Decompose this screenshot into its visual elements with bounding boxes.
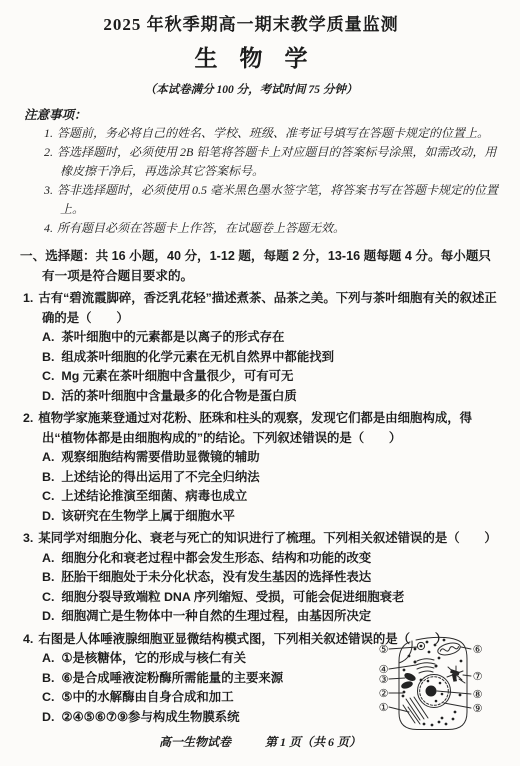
label-7: ⑦	[473, 670, 483, 683]
label-6: ⑥	[473, 643, 483, 656]
notice-text: 所有题目必须在答题卡上作答，在试题卷上答题无效。	[57, 221, 345, 235]
question-3: 3.某同学对细胞分化、衰老与死亡的知识进行了梳理。下列相关叙述错误的是（ ） A…	[0, 529, 502, 627]
nucleus	[418, 675, 451, 708]
option-c: C.Mg 元素在茶叶细胞中含量很少，可有可无	[0, 367, 502, 387]
centriole	[447, 666, 465, 683]
notice-item: 1.答题前，务必将自己的姓名、学校、班级、准考证号填写在答题卡规定的位置上。	[0, 124, 502, 143]
option-letter: C.	[42, 369, 54, 383]
option-letter: A.	[42, 330, 54, 344]
option-text: 该研究在生物学上属于细胞水平	[61, 509, 234, 523]
option-text: 胚胎干细胞处于未分化状态，没有发生基因的选择性表达	[61, 570, 371, 584]
option-letter: C.	[42, 590, 54, 604]
mitochondrion	[437, 641, 462, 657]
question-stem: 2.植物学家施莱登通过对花粉、胚珠和柱头的观察，发现它们都是由细胞构成，得出“植…	[0, 409, 502, 448]
notice-text: 答非选择题时，必须使用 0.5 毫米黑色墨水签字笔，将答案书写在答题卡规定的位置…	[57, 183, 498, 216]
section-heading: 一、选择题：共 16 小题，40 分，1-12 题，每题 2 分，13-16 题…	[0, 247, 502, 286]
question-number: 2.	[23, 411, 33, 425]
option-text: 组成茶叶细胞的化学元素在无机自然界中都能找到	[61, 350, 334, 364]
option-text: 茶叶细胞中的元素都是以离子的形式存在	[61, 330, 284, 344]
question-number: 4.	[23, 632, 33, 646]
option-text: ⑥是合成唾液淀粉酶所需能量的主要来源	[61, 671, 283, 685]
subam-subject-title: 生物学	[0, 44, 502, 72]
option-letter: A.	[42, 450, 54, 464]
notice-number: 1.	[44, 126, 53, 140]
question-stem: 1.古有“碧流霞脚碎，香泛乳花轻”描述煮茶、品茶之美。下列与茶叶细胞有关的叙述正…	[0, 289, 502, 328]
option-text: Mg 元素在茶叶细胞中含量很少，可有可无	[61, 369, 293, 383]
option-a: A.茶叶细胞中的元素都是以离子的形式存在	[0, 328, 502, 348]
option-letter: D.	[42, 509, 54, 523]
question-1: 1.古有“碧流霞脚碎，香泛乳花轻”描述煮茶、品茶之美。下列与茶叶细胞有关的叙述正…	[0, 289, 502, 406]
nucleolus	[426, 686, 436, 696]
option-text: 活的茶叶细胞中含量最多的化合物是蛋白质	[61, 389, 296, 403]
label-5: ⑤	[379, 643, 389, 656]
notice-list: 1.答题前，务必将自己的姓名、学校、班级、准考证号填写在答题卡规定的位置上。 2…	[0, 124, 502, 238]
option-text: 细胞凋亡是生物体中一种自然的生理过程，由基因所决定	[61, 609, 371, 623]
option-text: ②④⑤⑥⑦⑨参与构成生物膜系统	[61, 710, 239, 724]
option-a: A.观察细胞结构需要借助显微镜的辅助	[0, 448, 502, 468]
exam-meta-line: （本试卷满分 100 分，考试时间 75 分钟）	[0, 82, 502, 98]
notice-label: 注意事项：	[24, 106, 502, 124]
dark-organelle	[404, 672, 416, 682]
option-b: B.胚胎干细胞处于未分化状态，没有发生基因的选择性表达	[0, 568, 502, 588]
exam-page: 2025 年秋季期高一期末教学质量监测 生物学 （本试卷满分 100 分，考试时…	[0, 0, 520, 766]
notice-text: 答选择题时，必须使用 2B 铅笔将答题卡上对应题目的答案标号涂黑，如需改动，用橡…	[57, 145, 496, 178]
option-d: D.细胞凋亡是生物体中一种自然的生理过程，由基因所决定	[0, 607, 502, 627]
option-letter: B.	[42, 350, 54, 364]
footer-page-number: 第 1 页（共 6 页）	[265, 735, 361, 749]
option-text: 细胞分裂导致端粒 DNA 序列缩短、受损，可能会促进细胞衰老	[61, 590, 404, 604]
footer-paper-name: 高一生物试卷	[159, 735, 231, 749]
label-2: ②	[379, 687, 389, 700]
notice-number: 3.	[44, 183, 53, 197]
option-c: C.细胞分裂导致端粒 DNA 序列缩短、受损，可能会促进细胞衰老	[0, 588, 502, 608]
option-letter: D.	[42, 710, 54, 724]
notice-item: 3.答非选择题时，必须使用 0.5 毫米黑色墨水签字笔，将答案书写在答题卡规定的…	[0, 181, 502, 219]
question-number: 1.	[23, 291, 33, 305]
question-text: 某同学对细胞分化、衰老与死亡的知识进行了梳理。下列相关叙述错误的是（ ）	[38, 531, 496, 545]
option-text: ⑤中的水解酶由自身合成和加工	[61, 690, 233, 704]
dark-organelle	[401, 681, 413, 690]
notice-number: 2.	[44, 145, 53, 159]
notice-item: 4.所有题目必须在答题卡上作答，在试题卷上答题无效。	[0, 219, 502, 238]
option-letter: C.	[42, 690, 54, 704]
label-3: ③	[379, 673, 389, 686]
question-text: 古有“碧流霞脚碎，香泛乳花轻”描述煮茶、品茶之美。下列与茶叶细胞有关的叙述正确的…	[38, 291, 496, 325]
option-letter: B.	[42, 470, 54, 484]
option-d: D.该研究在生物学上属于细胞水平	[0, 507, 502, 527]
option-b: B.上述结论的得出运用了不完全归纳法	[0, 468, 502, 488]
question-text: 植物学家施莱登通过对花粉、胚珠和柱头的观察，发现它们都是由细胞构成，得出“植物体…	[38, 411, 472, 445]
option-text: ①是核糖体，它的形成与核仁有关	[61, 651, 246, 665]
option-text: 上述结论的得出运用了不完全归纳法	[61, 470, 259, 484]
option-letter: D.	[42, 609, 54, 623]
option-letter: D.	[42, 389, 54, 403]
label-1: ①	[379, 701, 389, 714]
option-letter: A.	[42, 651, 54, 665]
option-letter: B.	[42, 570, 54, 584]
option-a: A.细胞分化和衰老过程中都会发生形态、结构和功能的改变	[0, 549, 502, 569]
option-letter: A.	[42, 551, 54, 565]
question-stem: 3.某同学对细胞分化、衰老与死亡的知识进行了梳理。下列相关叙述错误的是（ ）	[0, 529, 502, 549]
notice-text: 答题前，务必将自己的姓名、学校、班级、准考证号填写在答题卡规定的位置上。	[57, 126, 489, 140]
notice-number: 4.	[44, 221, 53, 235]
exam-title: 2025 年秋季期高一期末教学质量监测	[0, 14, 502, 36]
page-footer: 高一生物试卷第 1 页（共 6 页）	[0, 733, 520, 750]
question-number: 3.	[23, 531, 33, 545]
question-2: 2.植物学家施莱登通过对花粉、胚珠和柱头的观察，发现它们都是由细胞构成，得出“植…	[0, 409, 502, 526]
cell-diagram: ⑤ ④ ③ ② ① ⑥ ⑦ ⑧ ⑨	[376, 633, 498, 736]
golgi-apparatus	[414, 659, 437, 673]
label-lines	[389, 647, 471, 712]
option-letter: B.	[42, 671, 54, 685]
option-c: C.上述结论推演至细菌、病毒也成立	[0, 487, 502, 507]
option-d: D.活的茶叶细胞中含量最多的化合物是蛋白质	[0, 387, 502, 407]
notice-item: 2.答选择题时，必须使用 2B 铅笔将答题卡上对应题目的答案标号涂黑，如需改动，…	[0, 143, 502, 181]
option-text: 上述结论推演至细菌、病毒也成立	[61, 489, 247, 503]
option-letter: C.	[42, 489, 54, 503]
option-b: B.组成茶叶细胞的化学元素在无机自然界中都能找到	[0, 348, 502, 368]
label-8: ⑧	[473, 688, 483, 701]
option-text: 细胞分化和衰老过程中都会发生形态、结构和功能的改变	[61, 551, 371, 565]
lysosome-dot	[420, 645, 422, 647]
option-text: 观察细胞结构需要借助显微镜的辅助	[61, 450, 259, 464]
label-9: ⑨	[473, 702, 483, 715]
